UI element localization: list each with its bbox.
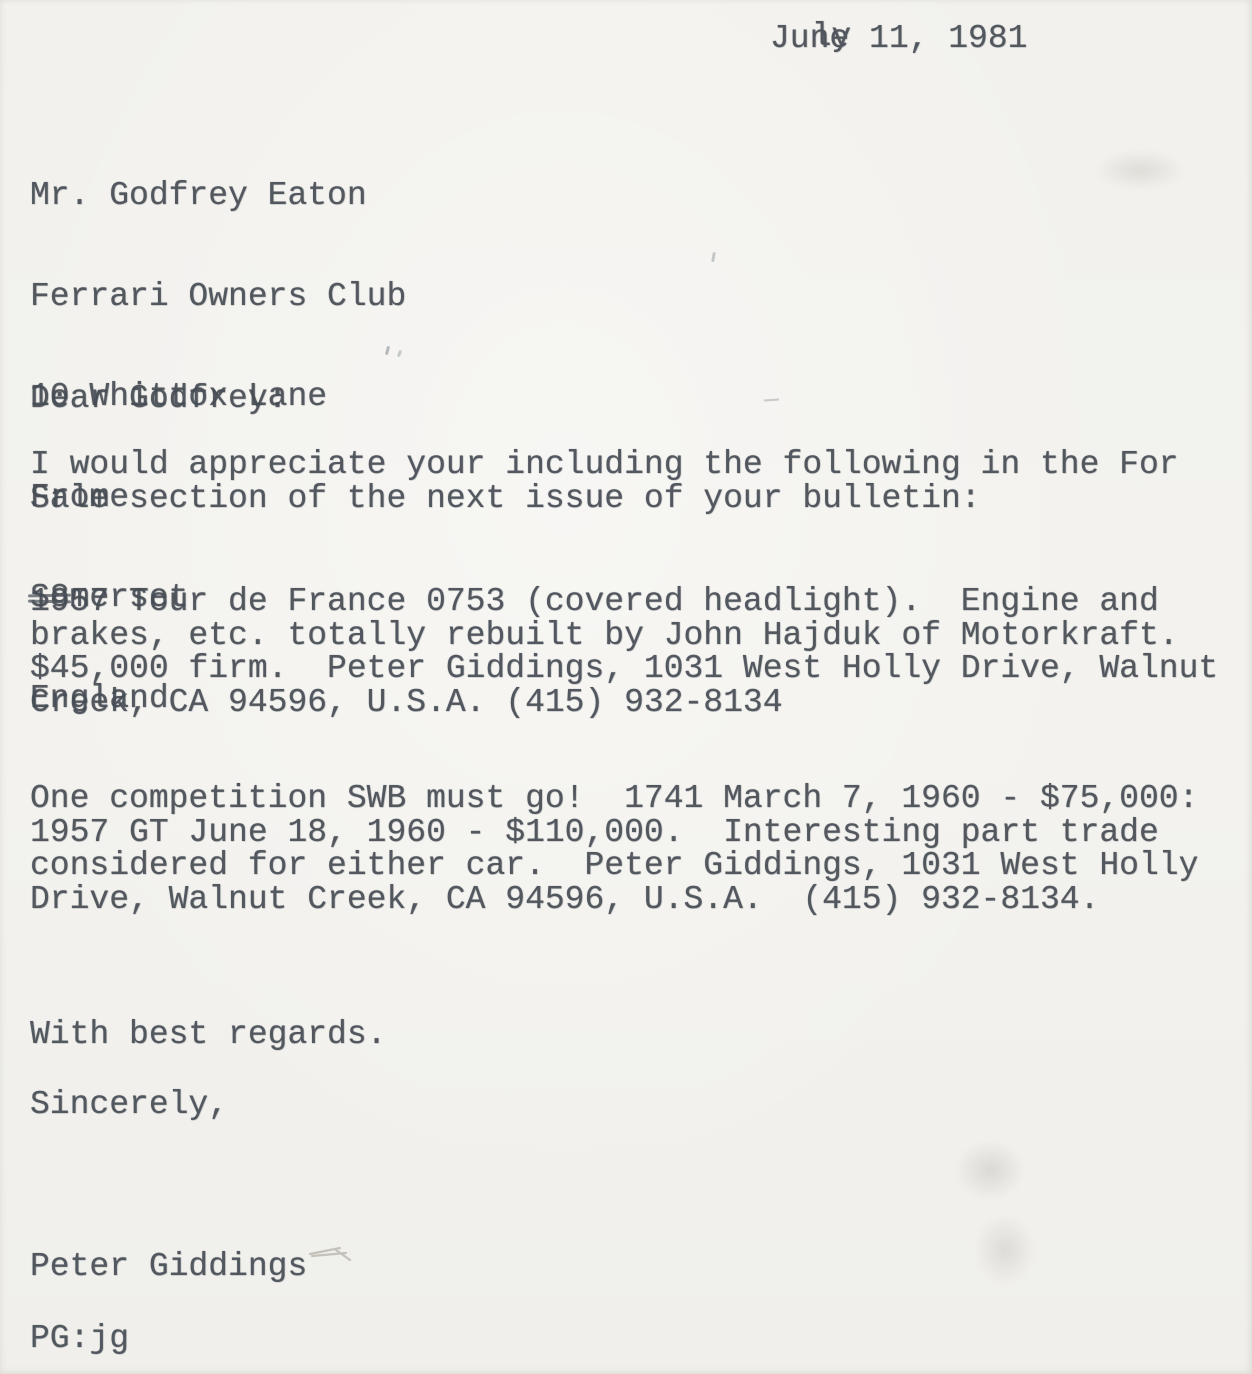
paragraph-intro: I would appreciate your including the fo…: [30, 448, 1179, 515]
paragraph-listing-2: One competition SWB must go! 1741 March …: [30, 782, 1198, 916]
date-line: Junely 11, 1981: [770, 22, 1027, 56]
scan-artifact-smudge: [975, 1215, 1035, 1285]
typist-initials: PG:jg: [30, 1322, 129, 1356]
date-suffix: 11, 1981: [849, 20, 1027, 57]
date-overtype: nely: [810, 22, 850, 56]
pencil-tick-mark: [306, 1244, 354, 1270]
scan-artifact-stray-mark: [711, 252, 716, 262]
date-prefix: Ju: [770, 20, 810, 57]
salutation: Dear Godfrey:: [30, 382, 287, 416]
paragraph-listing-1: 1957 Tour de France 0753 (covered headli…: [30, 585, 1218, 719]
letter-page: Junely 11, 1981 Mr. Godfrey Eaton Ferrar…: [0, 0, 1252, 1374]
scan-artifact-smudge: [1095, 150, 1185, 190]
date-overtype-over: ly: [812, 20, 852, 54]
signoff-line: Sincerely,: [30, 1088, 228, 1122]
signature-line: Peter Giddings: [30, 1250, 307, 1284]
recipient-organization: Ferrari Owners Club: [30, 280, 406, 314]
scan-artifact-faint-dash: [764, 398, 779, 401]
scan-artifact-smudge: [955, 1140, 1025, 1200]
closing-line: With best regards.: [30, 1018, 386, 1052]
recipient-name: Mr. Godfrey Eaton: [30, 179, 406, 213]
